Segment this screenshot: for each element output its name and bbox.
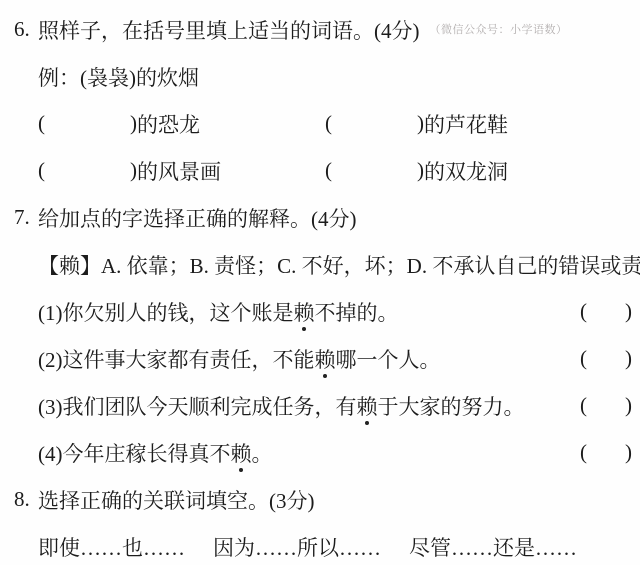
- paren-close: ): [625, 393, 632, 418]
- paren-open: (: [38, 111, 45, 136]
- emphasized-char: 赖: [357, 391, 378, 421]
- question-6-number: 6.: [14, 17, 38, 42]
- blank-suffix: 的恐龙: [137, 109, 200, 139]
- paren-close: ): [625, 346, 632, 371]
- question-7-number: 7.: [14, 205, 38, 230]
- q6-example-row: 例：(袅袅)的炊烟: [38, 53, 632, 100]
- wechat-account-note: （微信公众号：小学语数）: [430, 21, 568, 37]
- sentence-pre: (3)我们团队今天顺利完成任务，有: [38, 395, 357, 419]
- blank-suffix: 的双龙洞: [424, 156, 508, 186]
- paren-close: ): [130, 111, 137, 136]
- question-7-title: 给加点的字选择正确的解释。(4分): [38, 203, 357, 233]
- question-8-title-row: 8. 选择正确的关联词填空。(3分): [14, 476, 632, 523]
- emphasized-char: 赖: [231, 438, 252, 468]
- fill-blank-item: ()的恐龙: [38, 109, 325, 139]
- paren-open: (: [580, 393, 587, 418]
- emphasized-char: 赖: [315, 344, 336, 374]
- sentence-post: 不掉的。: [315, 301, 399, 325]
- paren-close: ): [625, 299, 632, 324]
- paren-close: ): [417, 158, 424, 183]
- blank-suffix: 的风景画: [137, 156, 221, 186]
- paren-open: (: [325, 111, 332, 136]
- question-8-title: 选择正确的关联词填空。(3分): [38, 485, 315, 515]
- test-paper-page: 6. 照样子，在括号里填上适当的词语。(4分) （微信公众号：小学语数） 例：(…: [0, 0, 640, 565]
- fill-blank-item: ()的芦花鞋: [325, 109, 508, 139]
- sentence-post: 于大家的努力。: [378, 395, 525, 419]
- question-7-title-row: 7. 给加点的字选择正确的解释。(4分): [14, 194, 632, 241]
- question-6-title-row: 6. 照样子，在括号里填上适当的词语。(4分) （微信公众号：小学语数）: [14, 6, 632, 53]
- q6-blank-row-2: ()的风景画 ()的双龙洞: [38, 147, 632, 194]
- answer-blank: (): [580, 346, 632, 371]
- paren-open: (: [325, 158, 332, 183]
- paren-close: ): [417, 111, 424, 136]
- q6-example: 例：(袅袅)的炊烟: [38, 62, 199, 92]
- paren-open: (: [580, 299, 587, 324]
- sentence-text: (4)今年庄稼长得真不赖。: [38, 438, 273, 468]
- paren-close: ): [130, 158, 137, 183]
- sentence-text: (1)你欠别人的钱，这个账是赖不掉的。: [38, 297, 399, 327]
- paren-close: ): [625, 440, 632, 465]
- q7-definition: 【赖】A. 依靠；B. 责怪；C. 不好，坏；D. 不承认自己的错误或责任。: [38, 250, 640, 280]
- q7-sentence-4: (4)今年庄稼长得真不赖。 (): [38, 429, 632, 476]
- question-6-title: 照样子，在括号里填上适当的词语。(4分): [38, 15, 420, 45]
- sentence-pre: (2)这件事大家都有责任，不能: [38, 348, 315, 372]
- answer-blank: (): [580, 299, 632, 324]
- q7-sentence-1: (1)你欠别人的钱，这个账是赖不掉的。 (): [38, 288, 632, 335]
- sentence-post: 。: [252, 442, 273, 466]
- blank-suffix: 的芦花鞋: [424, 109, 508, 139]
- q7-sentence-3: (3)我们团队今天顺利完成任务，有赖于大家的努力。 (): [38, 382, 632, 429]
- fill-blank-item: ()的双龙洞: [325, 156, 508, 186]
- paren-open: (: [580, 346, 587, 371]
- q7-definition-row: 【赖】A. 依靠；B. 责怪；C. 不好，坏；D. 不承认自己的错误或责任。: [38, 241, 632, 288]
- sentence-pre: (4)今年庄稼长得真不: [38, 442, 231, 466]
- fill-blank-item: ()的风景画: [38, 156, 325, 186]
- connective-option: 因为……所以……: [213, 532, 381, 562]
- connective-option: 尽管……还是……: [409, 532, 577, 562]
- sentence-pre: (1)你欠别人的钱，这个账是: [38, 301, 294, 325]
- paren-open: (: [580, 440, 587, 465]
- answer-blank: (): [580, 393, 632, 418]
- q6-blank-row-1: ()的恐龙 ()的芦花鞋: [38, 100, 632, 147]
- answer-blank: (): [580, 440, 632, 465]
- emphasized-char: 赖: [294, 297, 315, 327]
- q8-connectives-row: 即使……也…… 因为……所以…… 尽管……还是……: [38, 523, 632, 565]
- connective-option: 即使……也……: [38, 532, 185, 562]
- question-8-number: 8.: [14, 487, 38, 512]
- q7-sentence-2: (2)这件事大家都有责任，不能赖哪一个人。 (): [38, 335, 632, 382]
- sentence-text: (3)我们团队今天顺利完成任务，有赖于大家的努力。: [38, 391, 525, 421]
- sentence-post: 哪一个人。: [336, 348, 441, 372]
- sentence-text: (2)这件事大家都有责任，不能赖哪一个人。: [38, 344, 441, 374]
- paren-open: (: [38, 158, 45, 183]
